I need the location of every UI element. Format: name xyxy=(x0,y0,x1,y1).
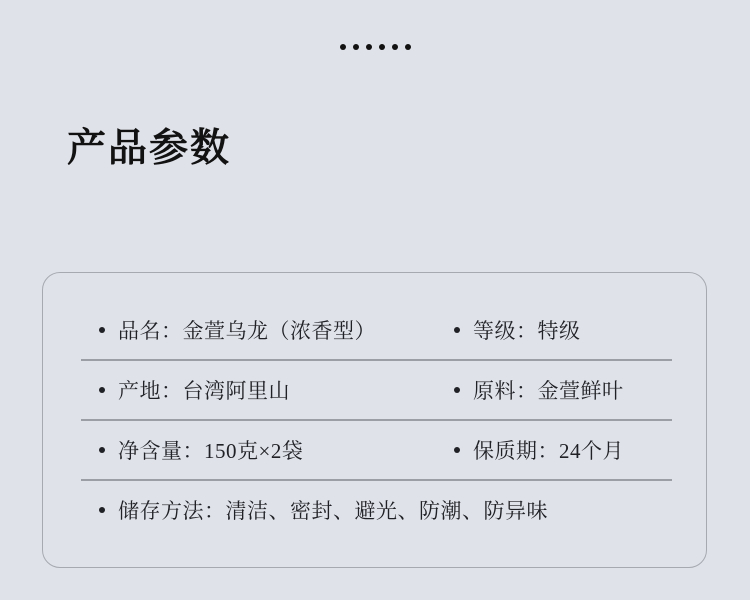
section-title: 产品参数 xyxy=(67,126,231,173)
param-text: 品名：金萱乌龙（浓香型） xyxy=(118,315,376,345)
param-text: 保质期：24个月 xyxy=(473,435,624,465)
parameters-card: 品名：金萱乌龙（浓香型） 等级：特级 产地：台湾阿里山 原料：金萱鲜叶 净含量：… xyxy=(42,272,707,568)
param-row-4: 储存方法：清洁、密封、避光、防潮、防异味 xyxy=(43,481,706,539)
dot-icon xyxy=(353,44,359,50)
bullet-icon xyxy=(99,507,105,513)
param-origin: 产地：台湾阿里山 xyxy=(99,375,454,405)
param-grade: 等级：特级 xyxy=(454,315,686,345)
bullet-icon xyxy=(99,327,105,333)
param-raw-material: 原料：金萱鲜叶 xyxy=(454,375,686,405)
param-shelf-life: 保质期：24个月 xyxy=(454,435,686,465)
param-row-3: 净含量：150克×2袋 保质期：24个月 xyxy=(43,421,706,479)
dots-separator xyxy=(0,44,750,50)
param-text: 等级：特级 xyxy=(473,315,581,345)
param-text: 原料：金萱鲜叶 xyxy=(473,375,624,405)
param-storage: 储存方法：清洁、密封、避光、防潮、防异味 xyxy=(99,495,686,525)
bullet-icon xyxy=(454,447,460,453)
product-parameters-section: 产品参数 品名：金萱乌龙（浓香型） 等级：特级 产地：台湾阿里山 原料：金萱鲜叶 xyxy=(0,0,750,600)
bullet-icon xyxy=(454,387,460,393)
param-row-1: 品名：金萱乌龙（浓香型） 等级：特级 xyxy=(43,301,706,359)
dot-icon xyxy=(340,44,346,50)
dot-icon xyxy=(392,44,398,50)
bullet-icon xyxy=(99,447,105,453)
dot-icon xyxy=(405,44,411,50)
dot-icon xyxy=(366,44,372,50)
param-text: 产地：台湾阿里山 xyxy=(118,375,290,405)
param-text: 储存方法：清洁、密封、避光、防潮、防异味 xyxy=(118,495,548,525)
param-text: 净含量：150克×2袋 xyxy=(118,435,303,465)
param-name: 品名：金萱乌龙（浓香型） xyxy=(99,315,454,345)
bullet-icon xyxy=(99,387,105,393)
param-net-weight: 净含量：150克×2袋 xyxy=(99,435,454,465)
param-row-2: 产地：台湾阿里山 原料：金萱鲜叶 xyxy=(43,361,706,419)
bullet-icon xyxy=(454,327,460,333)
dot-icon xyxy=(379,44,385,50)
